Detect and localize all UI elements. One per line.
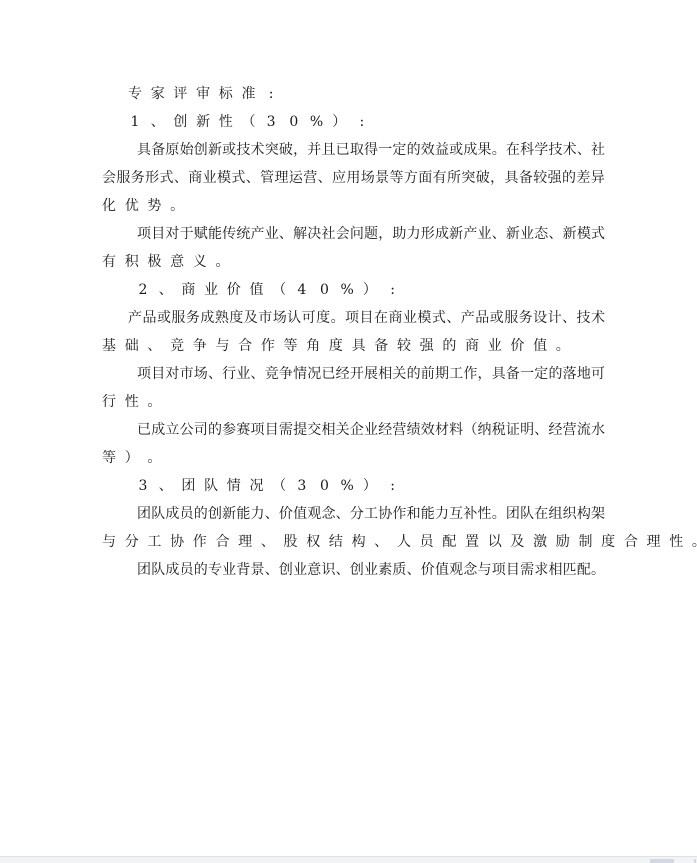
document-title: 专家评审标准: <box>102 80 605 108</box>
text-line: 团队成员的创新能力、价值观念、分工协作和能力互补性。团队在组织构架 <box>102 500 605 528</box>
document-content: 专家评审标准:1、创新性（30%）:具备原始创新或技术突破，并且已取得一定的效益… <box>102 80 605 584</box>
horizontal-scrollbar[interactable] <box>0 856 697 863</box>
text-line: 项目对市场、行业、竞争情况已经开展相关的前期工作，具备一定的落地可 <box>102 360 605 388</box>
text-line: 化优势。 <box>102 192 605 220</box>
text-line: 会服务形式、商业模式、管理运营、应用场景等方面有所突破，具备较强的差异 <box>102 164 605 192</box>
text-line: 基础、竞争与合作等角度具备较强的商业价值。 <box>102 332 605 360</box>
text-line: 团队成员的专业背景、创业意识、创业素质、价值观念与项目需求相匹配。 <box>102 556 605 584</box>
text-line: 具备原始创新或技术突破，并且已取得一定的效益或成果。在科学技术、社 <box>102 136 605 164</box>
text-line: 1、创新性（30%）: <box>102 108 605 136</box>
scrollbar-thumb[interactable] <box>650 859 674 863</box>
text-line: 有积极意义。 <box>102 248 605 276</box>
text-line: 2、商业价值（40%）: <box>102 276 605 304</box>
text-line: 等）。 <box>102 444 605 472</box>
text-line: 产品或服务成熟度及市场认可度。项目在商业模式、产品或服务设计、技术 <box>102 304 605 332</box>
document-page: 专家评审标准:1、创新性（30%）:具备原始创新或技术突破，并且已取得一定的效益… <box>0 0 697 857</box>
scrollbar-end-marker <box>694 859 696 863</box>
text-line: 已成立公司的参赛项目需提交相关企业经营绩效材料（纳税证明、经营流水 <box>102 416 605 444</box>
text-line: 3、团队情况（30%）: <box>102 472 605 500</box>
text-line: 与分工协作合理、股权结构、人员配置以及激励制度合理性。 <box>102 528 605 556</box>
text-line: 行性。 <box>102 388 605 416</box>
text-line: 项目对于赋能传统产业、解决社会问题，助力形成新产业、新业态、新模式 <box>102 220 605 248</box>
